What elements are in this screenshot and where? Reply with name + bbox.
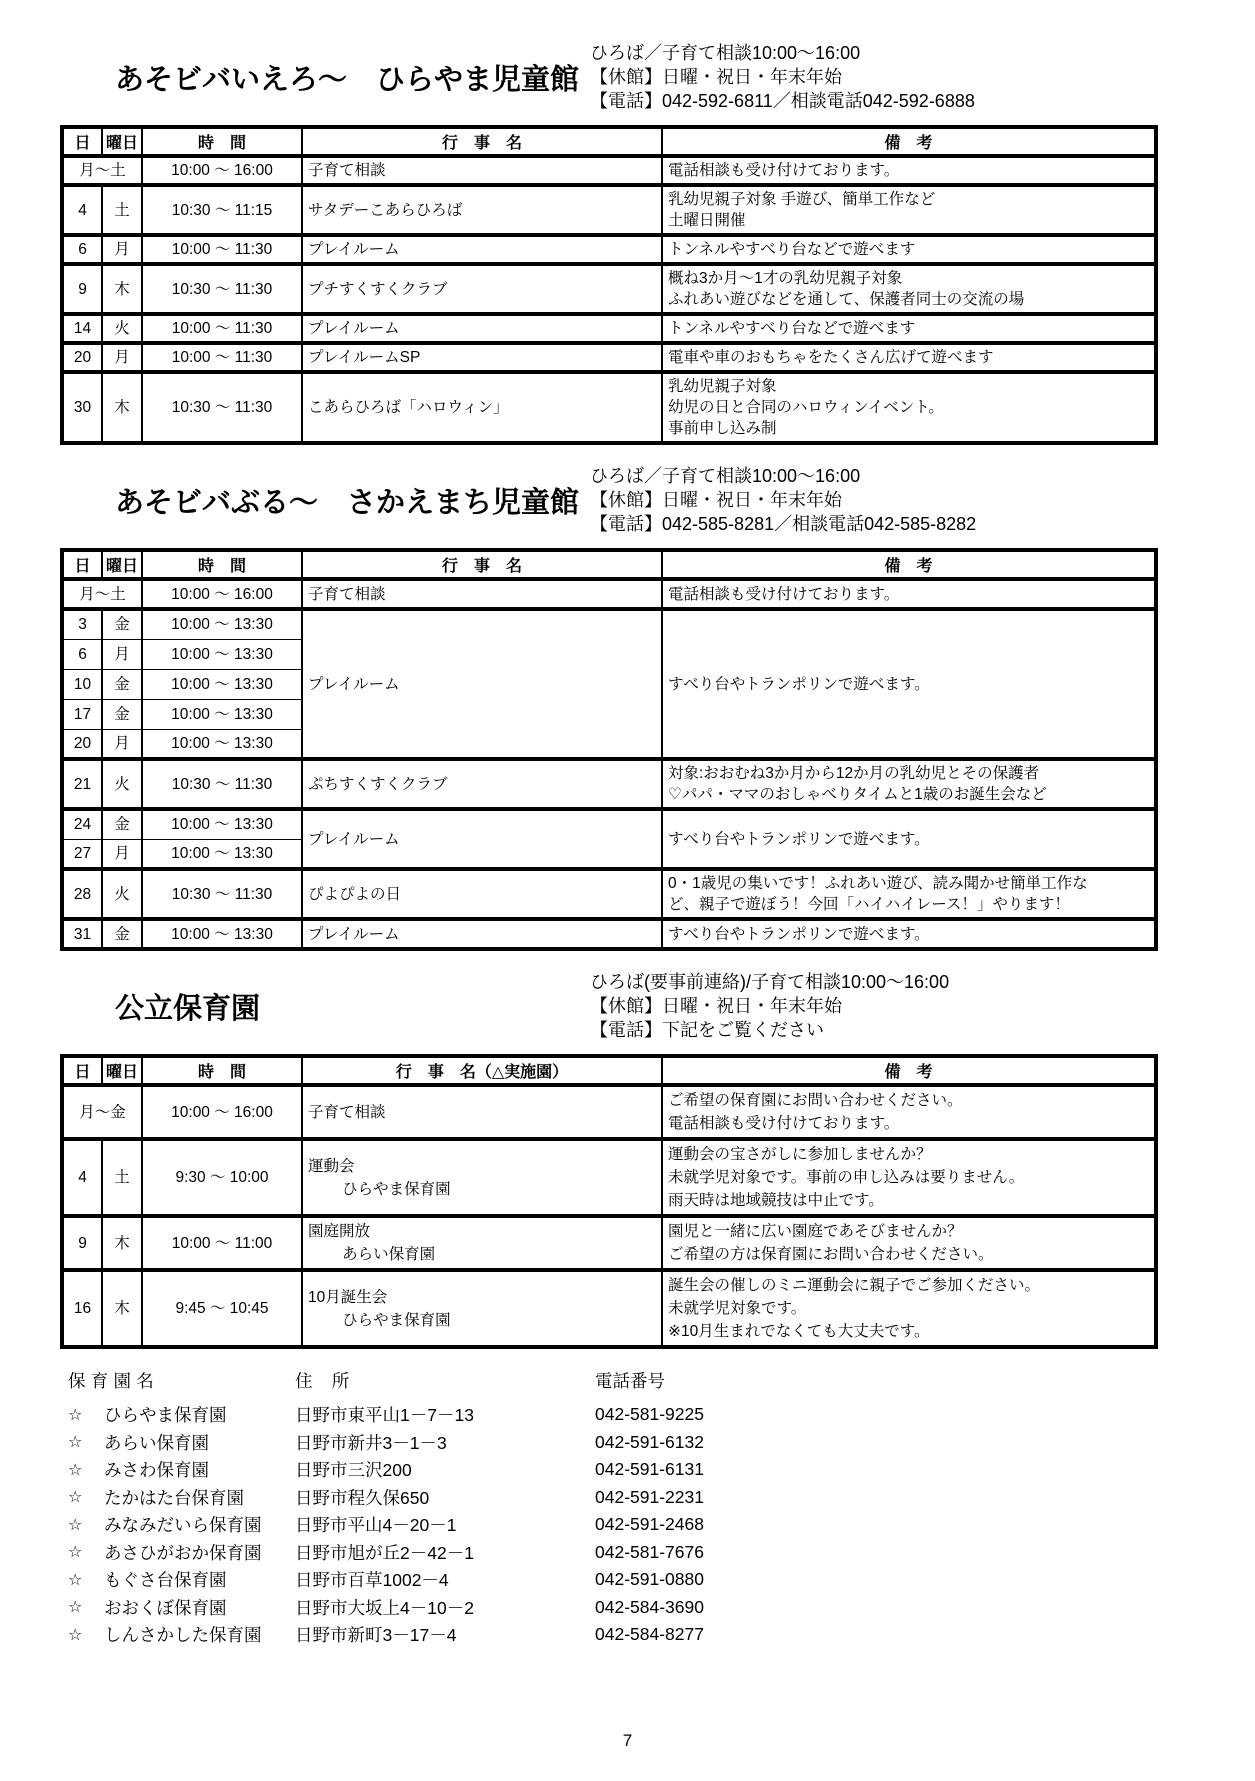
day-cell: 6 (62, 639, 102, 669)
nursery-name-header: 保育園名 (68, 1368, 295, 1393)
time-cell: 10:00 ～ 11:00 (142, 1216, 302, 1270)
schedule-row: 4土9:30 ～ 10:00運動会ひらやま保育園運動会の宝さがしに参加しませんか… (62, 1139, 1156, 1216)
remark-cell: 運動会の宝さがしに参加しませんか？未就学児対象です。事前の申し込みは要りません。… (662, 1139, 1156, 1216)
weekday-cell: 土 (102, 185, 142, 235)
remark-cell: 園児と一緒に広い園庭であそびませんか？ご希望の方は保育園にお問い合わせください。 (662, 1216, 1156, 1270)
info-phone: 【電話】042-592-6811／相談電話042-592-6888 (590, 89, 1158, 113)
weekday-cell: 月 (102, 343, 142, 372)
time-cell: 10:00 ～ 13:30 (142, 729, 302, 759)
column-header: 備 考 (662, 550, 1156, 579)
day-cell: 24 (62, 809, 102, 839)
nursery-address: 日野市百草1002－4 (295, 1567, 595, 1592)
schedule-row: 9木10:00 ～ 11:00園庭開放あらい保育園園児と一緒に広い園庭であそびま… (62, 1216, 1156, 1270)
weekday-cell: 金 (102, 919, 142, 949)
weekday-cell: 火 (102, 869, 142, 919)
time-cell: 10:00 ～ 11:30 (142, 235, 302, 264)
remark-cell: すべり台やトランポリンで遊べます。 (662, 609, 1156, 759)
nursery-phone: 042-591-2468 (595, 1514, 1158, 1535)
nursery-phone: 042-581-9225 (595, 1404, 1158, 1425)
nursery-row: ☆あさひがおか保育園日野市旭が丘2－42－1042-581-7676 (60, 1539, 1158, 1567)
info-hours: ひろば(要事前連絡)/子育て相談10:00～16:00 (590, 970, 1158, 994)
nursery-phone: 042-591-6132 (595, 1432, 1158, 1453)
schedule-row: 月～金10:00 ～ 16:00子育て相談ご希望の保育園にお問い合わせください。… (62, 1085, 1156, 1139)
star-icon: ☆ (68, 1515, 104, 1535)
section-info-block: ひろば(要事前連絡)/子育て相談10:00～16:00 【休館】日曜・祝日・年末… (590, 970, 1158, 1042)
weekday-cell: 火 (102, 759, 142, 809)
event-cell: 園庭開放あらい保育園 (302, 1216, 662, 1270)
column-header: 時 間 (142, 1056, 302, 1085)
day-cell: 10 (62, 669, 102, 699)
section-header: 公立保育園 ひろば(要事前連絡)/子育て相談10:00～16:00 【休館】日曜… (60, 969, 1158, 1043)
schedule-row: 30木10:30 ～ 11:30こあらひろば「ハロウィン」乳幼児親子対象幼児の日… (62, 372, 1156, 443)
nursery-address-header: 住 所 (295, 1368, 595, 1393)
day-cell: 27 (62, 839, 102, 869)
time-cell: 10:00 ～ 13:30 (142, 919, 302, 949)
event-cell: 子育て相談 (302, 1085, 662, 1139)
time-cell: 10:00 ～ 16:00 (142, 579, 302, 609)
column-header: 日 (62, 550, 102, 579)
nursery-address: 日野市平山4－20－1 (295, 1512, 595, 1537)
column-header: 行 事 名 (302, 127, 662, 156)
column-header: 曜日 (102, 127, 142, 156)
nursery-phone: 042-591-0880 (595, 1569, 1158, 1590)
column-header: 行 事 名 (302, 550, 662, 579)
nursery-row: ☆みなみだいら保育園日野市平山4－20－1042-591-2468 (60, 1511, 1158, 1539)
schedule-row: 月～土10:00 ～ 16:00子育て相談電話相談も受け付けております。 (62, 156, 1156, 185)
day-cell: 4 (62, 185, 102, 235)
page-content: あそビバいえろ～ ひらやま児童館 ひろば／子育て相談10:00～16:00 【休… (60, 40, 1158, 1649)
day-cell: 4 (62, 1139, 102, 1216)
remark-cell: 対象:おおむね3か月から12か月の乳幼児とその保護者♡パパ・ママのおしゃべりタイ… (662, 759, 1156, 809)
section-info-block: ひろば／子育て相談10:00～16:00 【休館】日曜・祝日・年末年始 【電話】… (590, 464, 1158, 536)
day-range-cell: 月～土 (62, 156, 142, 185)
day-range-cell: 月～金 (62, 1085, 142, 1139)
remark-cell: 誕生会の催しのミニ運動会に親子でご参加ください。未就学児対象です。※10月生まれ… (662, 1270, 1156, 1347)
column-header: 行 事 名（△実施園） (302, 1056, 662, 1085)
event-cell: サタデーこあらひろば (302, 185, 662, 235)
info-phone: 【電話】下記をご覧ください (590, 1018, 1158, 1042)
nursery-row: ☆あらい保育園日野市新井3－1－3042-591-6132 (60, 1429, 1158, 1457)
time-cell: 10:00 ～ 16:00 (142, 156, 302, 185)
schedule-table-sakaemachi: 日曜日時 間行 事 名備 考月～土10:00 ～ 16:00子育て相談電話相談も… (60, 548, 1158, 951)
nursery-address: 日野市東平山1－7－13 (295, 1402, 595, 1427)
day-cell: 20 (62, 729, 102, 759)
nursery-name: たかはた台保育園 (104, 1485, 295, 1510)
time-cell: 10:30 ～ 11:30 (142, 264, 302, 314)
remark-cell: 電話相談も受け付けております。 (662, 579, 1156, 609)
section-header: あそビバいえろ～ ひらやま児童館 ひろば／子育て相談10:00～16:00 【休… (60, 40, 1158, 114)
day-cell: 9 (62, 264, 102, 314)
remark-cell: 概ね3か月～1才の乳幼児親子対象ふれあい遊びなどを通して、保護者同士の交流の場 (662, 264, 1156, 314)
weekday-cell: 月 (102, 639, 142, 669)
event-cell: ぷちすくすくクラブ (302, 759, 662, 809)
star-icon: ☆ (68, 1487, 104, 1507)
nursery-name: ひらやま保育園 (104, 1402, 295, 1427)
nursery-address: 日野市大坂上4－10－2 (295, 1595, 595, 1620)
event-cell: プレイルーム (302, 609, 662, 759)
section-header: あそビバぶる～ さかえまち児童館 ひろば／子育て相談10:00～16:00 【休… (60, 463, 1158, 537)
schedule-row: 28火10:30 ～ 11:30ぴよぴよの日0・1歳児の集いです！ふれあい遊び、… (62, 869, 1156, 919)
time-cell: 10:30 ～ 11:30 (142, 869, 302, 919)
nursery-row: ☆しんさかした保育園日野市新町3－17－4042-584-8277 (60, 1621, 1158, 1649)
weekday-cell: 金 (102, 809, 142, 839)
nursery-name: しんさかした保育園 (104, 1622, 295, 1647)
day-cell: 28 (62, 869, 102, 919)
weekday-cell: 月 (102, 839, 142, 869)
info-closed: 【休館】日曜・祝日・年末年始 (590, 994, 1158, 1018)
nursery-address: 日野市三沢200 (295, 1457, 595, 1482)
nursery-address: 日野市新町3－17－4 (295, 1622, 595, 1647)
nursery-address: 日野市新井3－1－3 (295, 1430, 595, 1455)
schedule-row: 31金10:00 ～ 13:30プレイルームすべり台やトランポリンで遊べます。 (62, 919, 1156, 949)
day-range-cell: 月～土 (62, 579, 142, 609)
time-cell: 10:00 ～ 13:30 (142, 639, 302, 669)
section-title: あそビバいえろ～ ひらやま児童館 (60, 57, 590, 98)
event-cell: プレイルーム (302, 314, 662, 343)
event-cell: こあらひろば「ハロウィン」 (302, 372, 662, 443)
time-cell: 10:00 ～ 13:30 (142, 669, 302, 699)
weekday-cell: 金 (102, 699, 142, 729)
schedule-row: 6月10:00 ～ 11:30プレイルームトンネルやすべり台などで遊べます (62, 235, 1156, 264)
remark-cell: ご希望の保育園にお問い合わせください。電話相談も受け付けております。 (662, 1085, 1156, 1139)
nursery-phone: 042-591-6131 (595, 1459, 1158, 1480)
info-closed: 【休館】日曜・祝日・年末年始 (590, 488, 1158, 512)
section-info-block: ひろば／子育て相談10:00～16:00 【休館】日曜・祝日・年末年始 【電話】… (590, 41, 1158, 113)
schedule-row: 4土10:30 ～ 11:15サタデーこあらひろば乳幼児親子対象 手遊び、簡単工… (62, 185, 1156, 235)
time-cell: 9:45 ～ 10:45 (142, 1270, 302, 1347)
weekday-cell: 土 (102, 1139, 142, 1216)
event-cell: ぴよぴよの日 (302, 869, 662, 919)
star-icon: ☆ (68, 1405, 104, 1425)
schedule-row: 月～土10:00 ～ 16:00子育て相談電話相談も受け付けております。 (62, 579, 1156, 609)
nursery-phone: 042-584-8277 (595, 1624, 1158, 1645)
weekday-cell: 木 (102, 264, 142, 314)
event-cell: プレイルーム (302, 235, 662, 264)
time-cell: 9:30 ～ 10:00 (142, 1139, 302, 1216)
schedule-row: 16木9:45 ～ 10:4510月誕生会ひらやま保育園誕生会の催しのミニ運動会… (62, 1270, 1156, 1347)
star-icon: ☆ (68, 1432, 104, 1452)
schedule-table-public-nursery: 日曜日時 間行 事 名（△実施園）備 考月～金10:00 ～ 16:00子育て相… (60, 1054, 1158, 1349)
event-cell: プチすくすくクラブ (302, 264, 662, 314)
day-cell: 9 (62, 1216, 102, 1270)
remark-cell: 乳幼児親子対象 手遊び、簡単工作など土曜日開催 (662, 185, 1156, 235)
event-cell: 子育て相談 (302, 156, 662, 185)
time-cell: 10:00 ～ 13:30 (142, 809, 302, 839)
remark-cell: トンネルやすべり台などで遊べます (662, 314, 1156, 343)
nursery-row: ☆たかはた台保育園日野市程久保650042-591-2231 (60, 1484, 1158, 1512)
weekday-cell: 火 (102, 314, 142, 343)
time-cell: 10:00 ～ 13:30 (142, 699, 302, 729)
nursery-phone: 042-591-2231 (595, 1487, 1158, 1508)
column-header: 時 間 (142, 127, 302, 156)
nursery-name: みさわ保育園 (104, 1457, 295, 1482)
nursery-name: あさひがおか保育園 (104, 1540, 295, 1565)
event-cell: 10月誕生会ひらやま保育園 (302, 1270, 662, 1347)
page-number: 7 (0, 1731, 1255, 1751)
schedule-table-hirayama: 日曜日時 間行 事 名備 考月～土10:00 ～ 16:00子育て相談電話相談も… (60, 125, 1158, 445)
section-hirayama-jidokan: あそビバいえろ～ ひらやま児童館 ひろば／子育て相談10:00～16:00 【休… (60, 40, 1158, 445)
section-sakaemachi-jidokan: あそビバぶる～ さかえまち児童館 ひろば／子育て相談10:00～16:00 【休… (60, 463, 1158, 951)
column-header: 備 考 (662, 1056, 1156, 1085)
remark-cell: 0・1歳児の集いです！ふれあい遊び、読み聞かせ簡単工作など、親子で遊ぼう！今回「… (662, 869, 1156, 919)
weekday-cell: 金 (102, 609, 142, 639)
time-cell: 10:00 ～ 11:30 (142, 343, 302, 372)
nursery-row: ☆ひらやま保育園日野市東平山1－7－13042-581-9225 (60, 1401, 1158, 1429)
weekday-cell: 月 (102, 729, 142, 759)
schedule-row: 3金10:00 ～ 13:30プレイルームすべり台やトランポリンで遊べます。 (62, 609, 1156, 639)
nursery-address: 日野市旭が丘2－42－1 (295, 1540, 595, 1565)
section-title: 公立保育園 (60, 986, 590, 1027)
nursery-phone-header: 電話番号 (595, 1368, 1158, 1393)
event-cell: 子育て相談 (302, 579, 662, 609)
remark-cell: 電話相談も受け付けております。 (662, 156, 1156, 185)
schedule-row: 21火10:30 ～ 11:30ぷちすくすくクラブ対象:おおむね3か月から12か… (62, 759, 1156, 809)
star-icon: ☆ (68, 1460, 104, 1480)
column-header: 備 考 (662, 127, 1156, 156)
column-header: 日 (62, 127, 102, 156)
star-icon: ☆ (68, 1542, 104, 1562)
day-cell: 21 (62, 759, 102, 809)
day-cell: 6 (62, 235, 102, 264)
day-cell: 14 (62, 314, 102, 343)
weekday-cell: 金 (102, 669, 142, 699)
section-title: あそビバぶる～ さかえまち児童館 (60, 480, 590, 521)
nursery-list-header: 保育園名 住 所 電話番号 (60, 1367, 1158, 1394)
remark-cell: 電車や車のおもちゃをたくさん広げて遊べます (662, 343, 1156, 372)
remark-cell: トンネルやすべり台などで遊べます (662, 235, 1156, 264)
weekday-cell: 木 (102, 372, 142, 443)
time-cell: 10:00 ～ 13:30 (142, 839, 302, 869)
nursery-name: みなみだいら保育園 (104, 1512, 295, 1537)
time-cell: 10:30 ～ 11:15 (142, 185, 302, 235)
star-icon: ☆ (68, 1625, 104, 1645)
nursery-name: あらい保育園 (104, 1430, 295, 1455)
schedule-row: 24金10:00 ～ 13:30プレイルームすべり台やトランポリンで遊べます。 (62, 809, 1156, 839)
document-page: あそビバいえろ～ ひらやま児童館 ひろば／子育て相談10:00～16:00 【休… (0, 0, 1255, 1781)
event-cell: 運動会ひらやま保育園 (302, 1139, 662, 1216)
time-cell: 10:00 ～ 13:30 (142, 609, 302, 639)
time-cell: 10:30 ～ 11:30 (142, 372, 302, 443)
event-cell: プレイルーム (302, 919, 662, 949)
remark-cell: すべり台やトランポリンで遊べます。 (662, 919, 1156, 949)
event-cell: プレイルームSP (302, 343, 662, 372)
day-cell: 20 (62, 343, 102, 372)
day-cell: 3 (62, 609, 102, 639)
nursery-row: ☆もぐさ台保育園日野市百草1002－4042-591-0880 (60, 1566, 1158, 1594)
info-closed: 【休館】日曜・祝日・年末年始 (590, 65, 1158, 89)
weekday-cell: 月 (102, 235, 142, 264)
time-cell: 10:00 ～ 11:30 (142, 314, 302, 343)
nursery-row: ☆おおくぼ保育園日野市大坂上4－10－2042-584-3690 (60, 1594, 1158, 1622)
time-cell: 10:00 ～ 16:00 (142, 1085, 302, 1139)
section-public-nursery: 公立保育園 ひろば(要事前連絡)/子育て相談10:00～16:00 【休館】日曜… (60, 969, 1158, 1349)
info-hours: ひろば／子育て相談10:00～16:00 (590, 464, 1158, 488)
info-hours: ひろば／子育て相談10:00～16:00 (590, 41, 1158, 65)
column-header: 時 間 (142, 550, 302, 579)
day-cell: 31 (62, 919, 102, 949)
column-header: 曜日 (102, 1056, 142, 1085)
column-header: 曜日 (102, 550, 142, 579)
nursery-phone: 042-581-7676 (595, 1542, 1158, 1563)
schedule-row: 20月10:00 ～ 11:30プレイルームSP電車や車のおもちゃをたくさん広げ… (62, 343, 1156, 372)
day-cell: 16 (62, 1270, 102, 1347)
schedule-row: 14火10:00 ～ 11:30プレイルームトンネルやすべり台などで遊べます (62, 314, 1156, 343)
day-cell: 30 (62, 372, 102, 443)
star-icon: ☆ (68, 1570, 104, 1590)
nursery-name: おおくぼ保育園 (104, 1595, 295, 1620)
weekday-cell: 木 (102, 1216, 142, 1270)
weekday-cell: 木 (102, 1270, 142, 1347)
day-cell: 17 (62, 699, 102, 729)
event-cell: プレイルーム (302, 809, 662, 869)
time-cell: 10:30 ～ 11:30 (142, 759, 302, 809)
nursery-address: 日野市程久保650 (295, 1485, 595, 1510)
nursery-phone: 042-584-3690 (595, 1597, 1158, 1618)
info-phone: 【電話】042-585-8281／相談電話042-585-8282 (590, 512, 1158, 536)
remark-cell: 乳幼児親子対象幼児の日と合同のハロウィンイベント。事前申し込み制 (662, 372, 1156, 443)
nursery-row: ☆みさわ保育園日野市三沢200042-591-6131 (60, 1456, 1158, 1484)
nursery-name: もぐさ台保育園 (104, 1567, 295, 1592)
nursery-list: 保育園名 住 所 電話番号 ☆ひらやま保育園日野市東平山1－7－13042-58… (60, 1367, 1158, 1649)
column-header: 日 (62, 1056, 102, 1085)
nursery-rows: ☆ひらやま保育園日野市東平山1－7－13042-581-9225☆あらい保育園日… (60, 1401, 1158, 1649)
schedule-row: 9木10:30 ～ 11:30プチすくすくクラブ概ね3か月～1才の乳幼児親子対象… (62, 264, 1156, 314)
remark-cell: すべり台やトランポリンで遊べます。 (662, 809, 1156, 869)
star-icon: ☆ (68, 1597, 104, 1617)
